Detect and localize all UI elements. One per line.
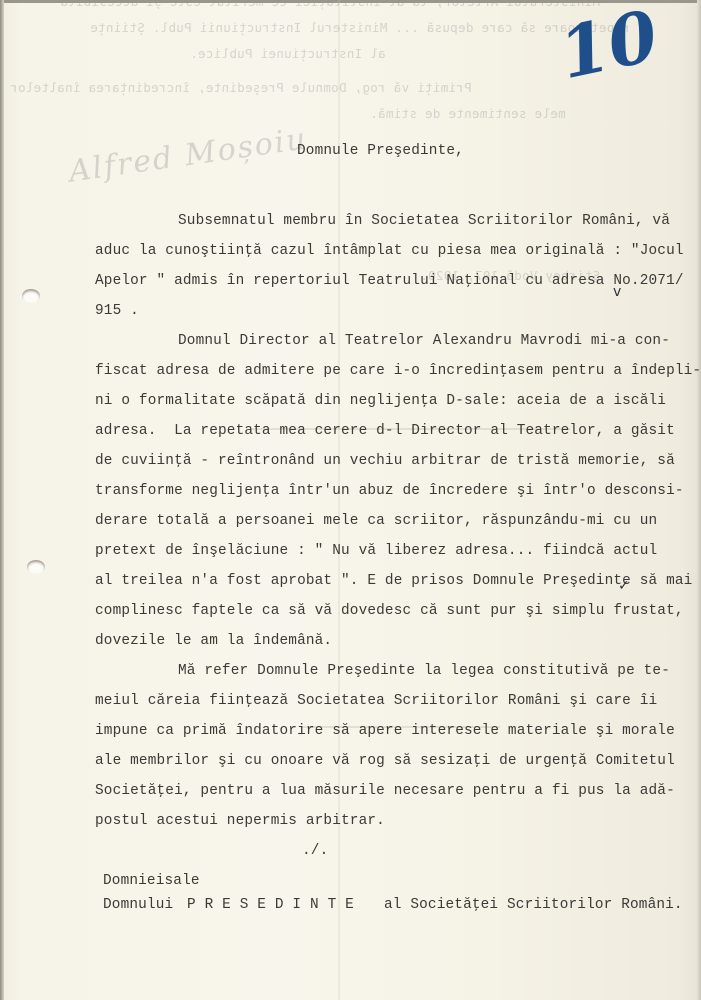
- ink-mark: v: [613, 284, 621, 300]
- handwritten-page-number: 10: [552, 0, 666, 99]
- ink-mark: ✓: [618, 578, 630, 594]
- text-line: 915 .: [95, 302, 139, 320]
- bleed-through-text: mele sentimente de stimă.: [370, 106, 566, 121]
- text-line: pretext de înşelăciune : " Nu vă liberez…: [95, 542, 657, 560]
- bleed-through-text: al Instrucțiunei Publice.: [190, 46, 386, 61]
- bleed-through-text: Primiți vă rog, Domnule Președinte, încr…: [10, 80, 472, 95]
- separator-mark: ./.: [302, 842, 328, 860]
- bleed-through-text: Ministerului Artelor, la al instituției …: [60, 0, 600, 9]
- text-line: postul acestui nepermis arbitrar.: [95, 812, 385, 830]
- address-society: al Societăţei Scriitorilor Români.: [384, 896, 683, 914]
- punch-hole: [27, 560, 45, 574]
- text-line: Societăţei, pentru a lua măsurile necesa…: [95, 782, 675, 800]
- address-line: Domnieisale: [103, 872, 200, 890]
- text-line: derare totală a persoanei mele ca scriit…: [95, 512, 657, 530]
- text-line: ale membrilor şi cu onoare vă rog să ses…: [95, 752, 675, 770]
- text-line: dovezile le am la îndemână.: [95, 632, 332, 650]
- text-line: meiul căreia fiinţează Societatea Scriit…: [95, 692, 657, 710]
- text-line: Domnul Director al Teatrelor Alexandru M…: [178, 332, 670, 350]
- document-page: Ministerului Artelor, la al instituției …: [0, 0, 701, 1000]
- text-line: Apelor " admis în repertoriul Teatrului …: [95, 272, 684, 290]
- salutation: Domnule Preşedinte,: [297, 142, 464, 160]
- address-line: Domnului: [103, 896, 173, 914]
- page-right-edge: [697, 0, 701, 1000]
- pencil-annotation: Alfred Moșoiu: [67, 121, 310, 189]
- text-line: transforme neglijenţa într'un abuz de în…: [95, 482, 684, 500]
- text-line: complinesc faptele ca să vă dovedesc că …: [95, 602, 684, 620]
- text-line: de cuviinţă - reîntronând un vechiu arbi…: [95, 452, 675, 470]
- text-line: Mă refer Domnule Preşedinte la legea con…: [178, 662, 670, 680]
- text-line: aduc la cunoştiinţă cazul întâmplat cu p…: [95, 242, 684, 260]
- text-line: fiscat adresa de admitere pe care i-o în…: [95, 362, 701, 380]
- punch-hole: [22, 289, 40, 303]
- text-line: impune ca primă îndatorire să apere inte…: [95, 722, 675, 740]
- text-line: ni o formalitate scăpată din neglijenţa …: [95, 392, 666, 410]
- page-left-edge: [0, 0, 4, 1000]
- bleed-through-text: repetitoare să care depusă ... Ministeru…: [90, 20, 630, 35]
- text-line: Subsemnatul membru în Societatea Scriito…: [178, 212, 670, 230]
- text-line: al treilea n'a fost aprobat ". E de pris…: [95, 572, 692, 590]
- text-line: adresa. La repetata mea cerere d-l Direc…: [95, 422, 675, 440]
- address-president: P R E S E D I N T E: [187, 896, 354, 914]
